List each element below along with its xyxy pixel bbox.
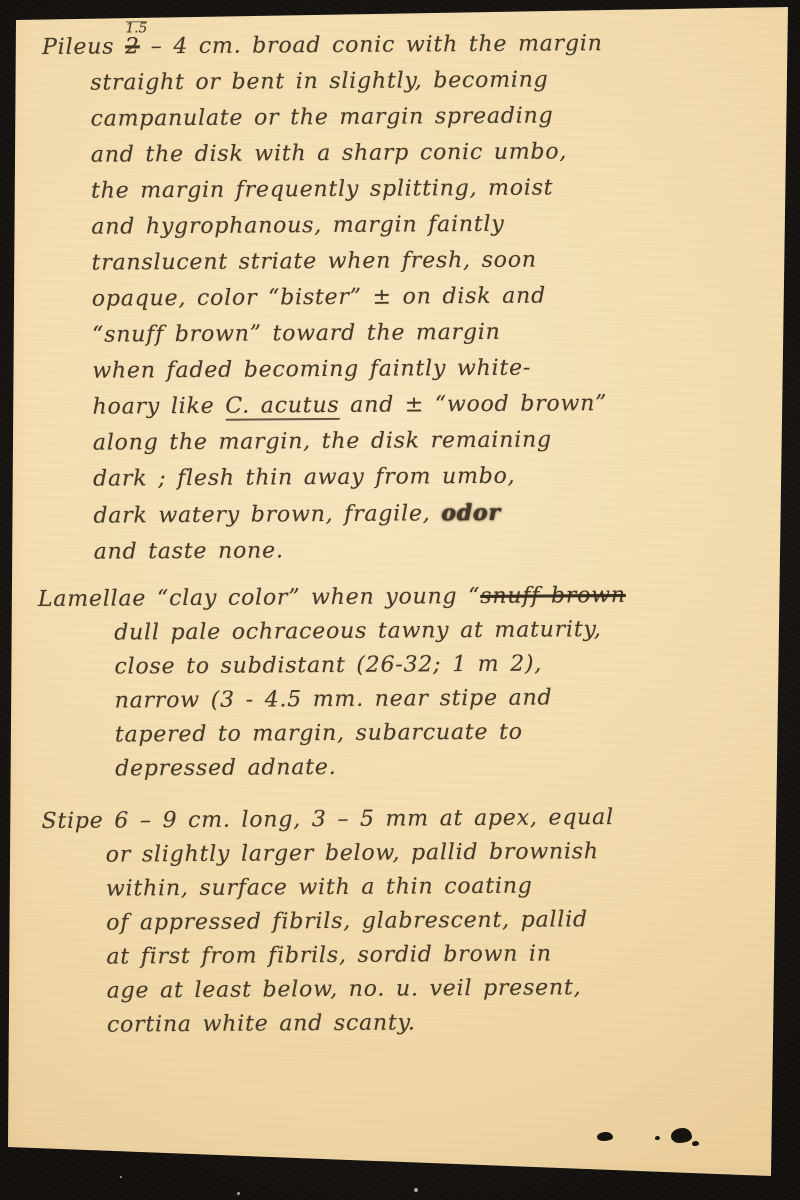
handwritten-line: “snuff brown” toward the margin	[92, 313, 786, 354]
section-stipe: Stipe 6 – 9 cm. long, 3 – 5 mm at apex, …	[47, 800, 791, 1043]
photo-background: Pileus 21.5 – 4 cm. broad conic with the…	[0, 0, 800, 1200]
handwritten-text: within, surface with a thin coating	[106, 874, 533, 902]
ink-blot	[655, 1136, 660, 1140]
handwritten-line: and taste none.	[94, 530, 788, 571]
handwritten-line: Lamellae “clay color” when young “snuff …	[38, 578, 788, 617]
note-card: Pileus 21.5 – 4 cm. broad conic with the…	[0, 0, 800, 1200]
handwritten-strike-text: snuff brown	[480, 583, 626, 609]
handwritten-line: and hygrophanous, margin faintly	[91, 205, 785, 246]
handwritten-line: of appressed fibrils, glabrescent, palli…	[106, 902, 790, 941]
handwritten-text: Lamellae “clay color” when young “	[38, 584, 480, 612]
handwritten-text: at first from fibrils, sordid brown in	[106, 941, 552, 969]
handwritten-line: at first from fibrils, sordid brown in	[106, 936, 790, 975]
handwritten-text: and the disk with a sharp conic umbo,	[91, 139, 567, 167]
handwritten-text: opaque, color “bister” ± on disk and	[92, 283, 546, 311]
handwritten-text: and hygrophanous, margin faintly	[91, 212, 504, 240]
handwritten-line: hoary like C. acutus and ± “wood brown”	[93, 385, 787, 426]
handwritten-text: dark ; flesh thin away from umbo,	[93, 464, 515, 492]
dust-speck	[414, 1188, 418, 1192]
section-pileus: Pileus 21.5 – 4 cm. broad conic with the…	[42, 25, 788, 571]
handwritten-text: age at least below, no. u. veil present,	[107, 975, 582, 1003]
handwritten-text: and ± “wood brown”	[339, 391, 607, 418]
dust-speck	[120, 1176, 122, 1178]
handwritten-line: close to subdistant (26-32; 1 m 2),	[114, 646, 788, 685]
handwritten-underline-text: C. acutus	[225, 393, 339, 421]
handwritten-line: translucent striate when fresh, soon	[92, 241, 786, 282]
handwritten-text: depressed adnate.	[115, 755, 337, 782]
handwritten-line: or slightly larger below, pallid brownis…	[106, 834, 790, 873]
handwritten-line: depressed adnate.	[115, 748, 789, 787]
handwritten-line: dull pale ochraceous tawny at maturity,	[114, 612, 788, 651]
handwritten-line: tapered to margin, subarcuate to	[115, 714, 789, 753]
ink-blot	[671, 1128, 692, 1143]
handwritten-line: within, surface with a thin coating	[106, 868, 790, 907]
corrected-value: 21.5	[125, 29, 140, 65]
handwritten-text: “snuff brown” toward the margin	[92, 320, 501, 348]
handwritten-text: dark watery brown, fragile,	[93, 501, 441, 528]
handwritten-line: age at least below, no. u. veil present,	[107, 970, 791, 1009]
handwritten-line: campanulate or the margin spreading	[91, 97, 785, 138]
dust-speck	[520, 60, 522, 62]
dust-speck	[757, 1092, 759, 1094]
handwritten-line: and the disk with a sharp conic umbo,	[91, 133, 785, 174]
handwritten-text: dull pale ochraceous tawny at maturity,	[114, 617, 602, 645]
handwritten-text: tapered to margin, subarcuate to	[115, 720, 523, 748]
handwritten-line: narrow (3 - 4.5 mm. near stipe and	[115, 680, 789, 719]
handwritten-line: the margin frequently splitting, moist	[91, 169, 785, 210]
handwritten-text: the margin frequently splitting, moist	[91, 175, 553, 203]
handwritten-line: dark ; flesh thin away from umbo,	[93, 457, 787, 498]
handwritten-line: Pileus 21.5 – 4 cm. broad conic with the…	[42, 25, 784, 66]
handwritten-text: translucent striate when fresh, soon	[92, 248, 537, 276]
handwritten-text: cortina white and scanty.	[107, 1010, 416, 1037]
handwritten-line: Stipe 6 – 9 cm. long, 3 – 5 mm at apex, …	[41, 800, 789, 839]
handwritten-text: campanulate or the margin spreading	[91, 103, 554, 131]
handwritten-line: when faded becoming faintly white-	[92, 349, 786, 390]
handwritten-line: along the margin, the disk remaining	[93, 421, 787, 462]
handwritten-text: when faded becoming faintly white-	[92, 356, 531, 384]
handwritten-line: dark watery brown, fragile, odor	[93, 493, 787, 535]
handwritten-text: straight or bent in slightly, becoming	[90, 67, 548, 95]
handwritten-text: – 4 cm. broad conic with the margin	[140, 31, 603, 59]
handwritten-line: opaque, color “bister” ± on disk and	[92, 277, 786, 318]
handwritten-text: or slightly larger below, pallid brownis…	[106, 839, 599, 867]
handwritten-text: hoary like	[93, 394, 226, 420]
ink-blot	[692, 1141, 699, 1146]
section-lamellae: Lamellae “clay color” when young “snuff …	[46, 578, 789, 787]
handwritten-text: narrow (3 - 4.5 mm. near stipe and	[115, 685, 553, 713]
dust-speck	[237, 1192, 240, 1195]
handwritten-text: and taste none.	[94, 538, 284, 564]
card-text: Pileus 21.5 – 4 cm. broad conic with the…	[42, 25, 791, 1043]
handwritten-line: cortina white and scanty.	[107, 1004, 791, 1043]
handwritten-text: close to subdistant (26-32; 1 m 2),	[114, 652, 542, 680]
handwritten-text: of appressed fibrils, glabrescent, palli…	[106, 907, 588, 935]
handwritten-text: along the margin, the disk remaining	[93, 427, 552, 455]
handwritten-line: straight or bent in slightly, becoming	[90, 61, 784, 102]
handwritten-smudge-text: odor	[441, 500, 501, 526]
ink-blot	[597, 1132, 613, 1141]
handwritten-text: Stipe 6 – 9 cm. long, 3 – 5 mm at apex, …	[41, 805, 614, 834]
handwritten-text: Pileus	[42, 34, 125, 60]
